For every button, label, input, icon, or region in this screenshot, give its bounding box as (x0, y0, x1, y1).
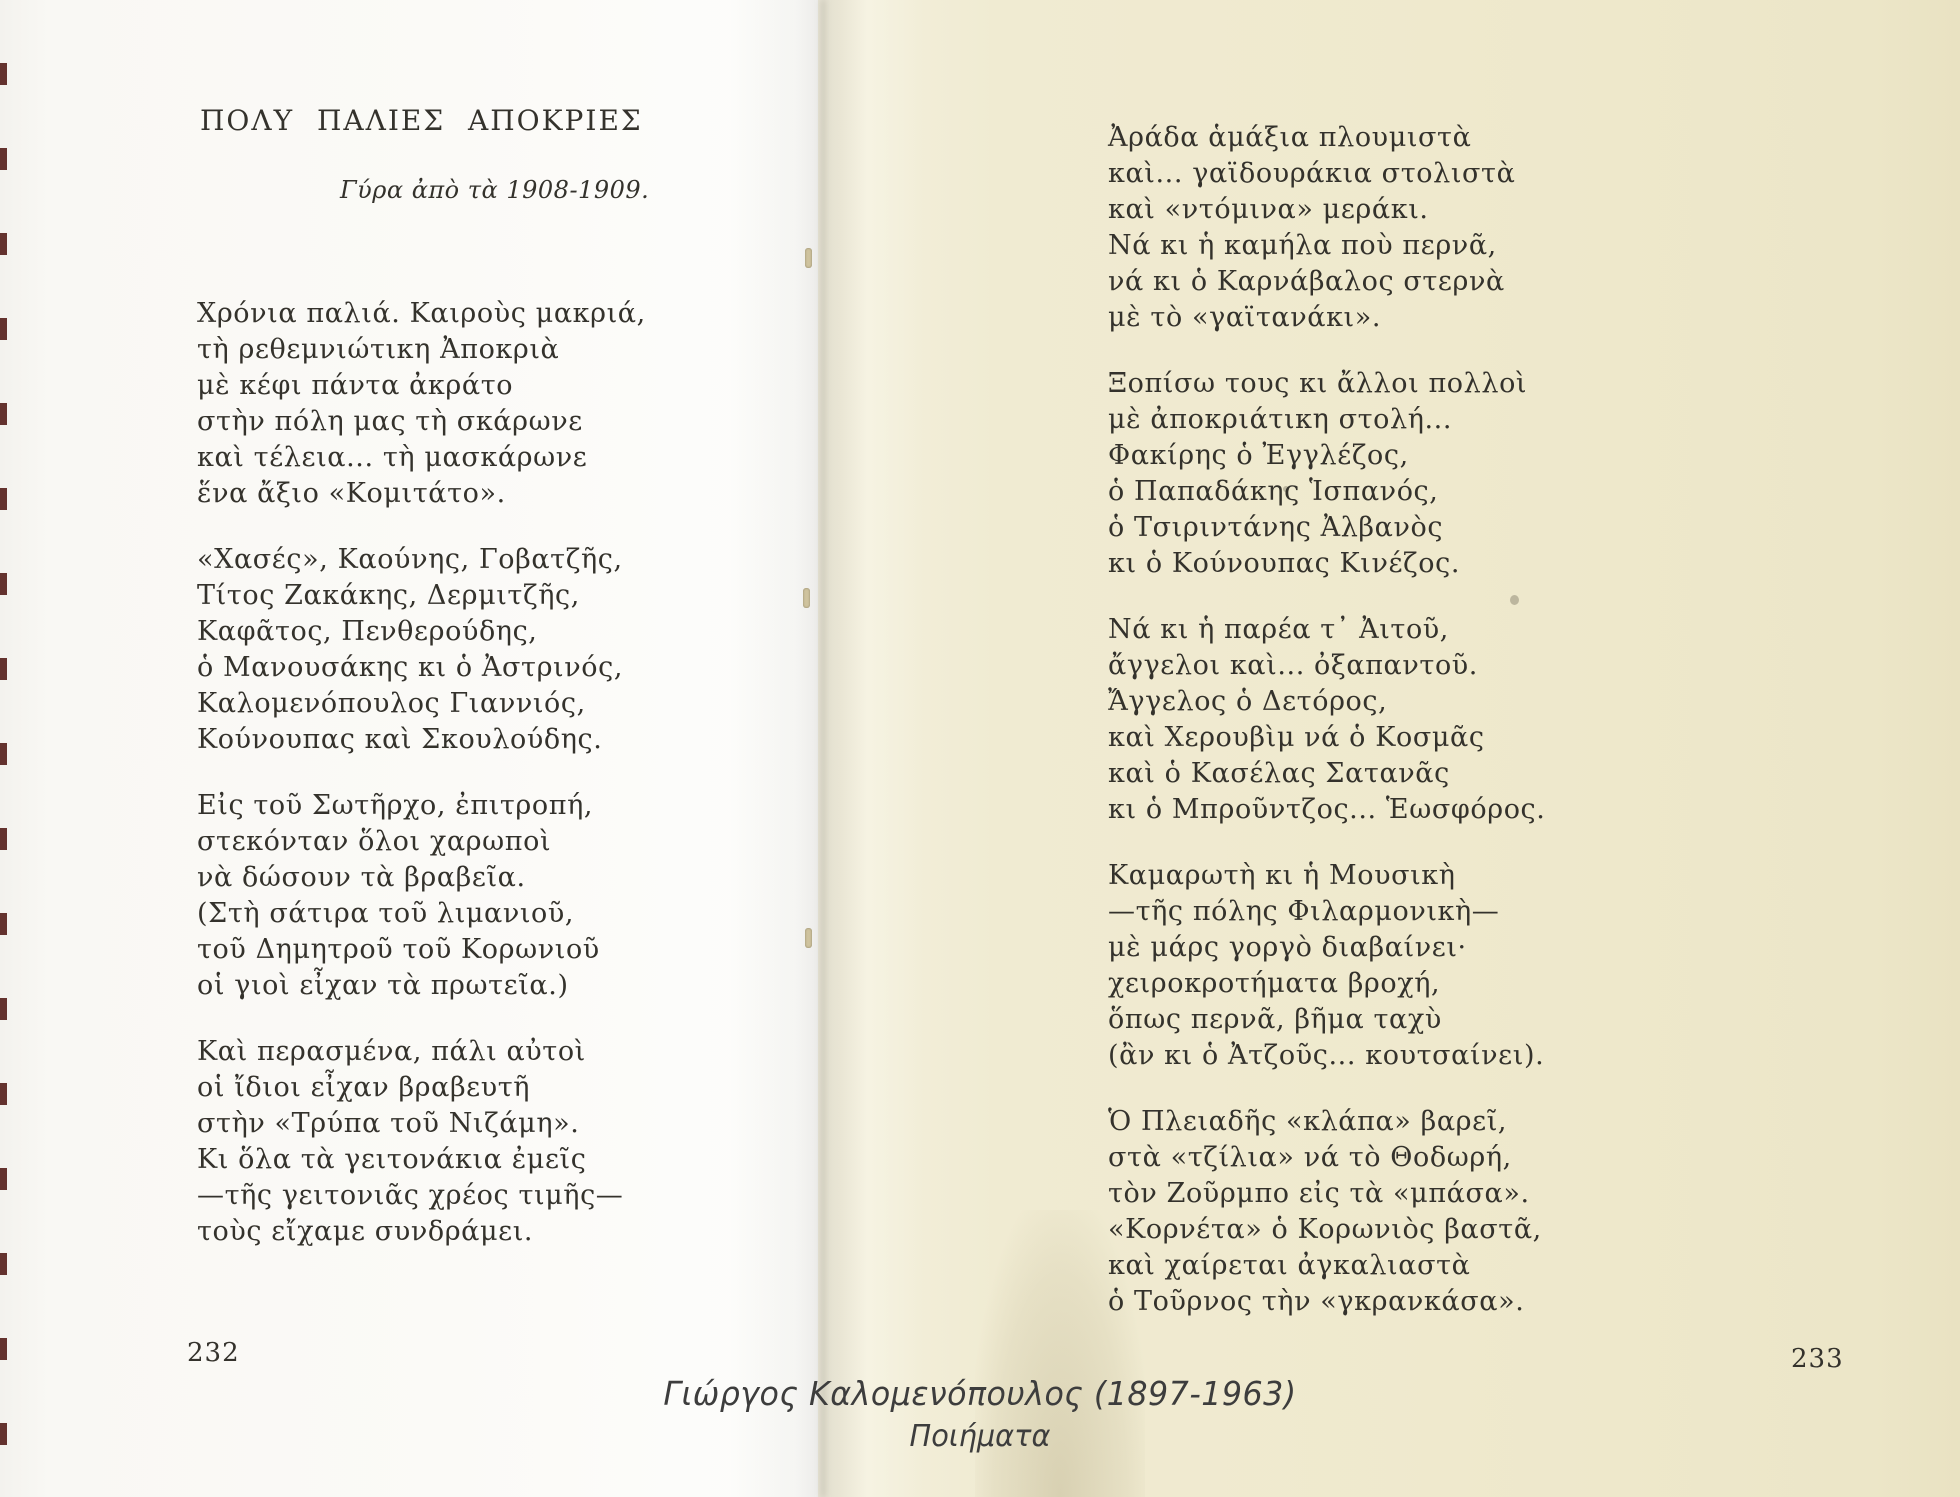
binding-stitch (805, 928, 812, 948)
poem-line: Κούνουπας καὶ Σκουλούδης. (197, 722, 646, 758)
poem-line: τὸν Ζοῦρμπο εἰς τὰ «μπάσα». (1108, 1176, 1545, 1212)
poem-line: κι ὁ Κούνουπας Κινέζος. (1108, 546, 1545, 582)
poem-line: καὶ «ντόμινα» μεράκι. (1108, 192, 1545, 228)
poem-line: ὁ Τοῦρνος τὴν «γκρανκάσα». (1108, 1284, 1545, 1320)
poem-line: καὶ τέλεια... τὴ μασκάρωνε (197, 440, 646, 476)
poem-line: Εἰς τοῦ Σωτῆρχο, ἐπιτροπή, (197, 788, 646, 824)
poem-line: ὁ Μανουσάκης κι ὁ Ἀστρινός, (197, 650, 646, 686)
poem-line: καὶ ὁ Κασέλας Σατανᾶς (1108, 756, 1545, 792)
poem-line: στὴν «Τρύπα τοῦ Νιζάμη». (197, 1106, 646, 1142)
poem-stanza: «Χασές», Καούνης, Γοβατζῆς,Τίτος Ζακάκης… (197, 542, 646, 758)
poem-line: χειροκροτήματα βροχή, (1108, 966, 1545, 1002)
poem-line: τοὺς εἴχαμε συνδράμει. (197, 1214, 646, 1250)
binding-stitch (805, 248, 812, 268)
poem-line: οἱ γιοὶ εἶχαν τὰ πρωτεῖα.) (197, 968, 646, 1004)
poem-line: Κι ὅλα τὰ γειτονάκια ἐμεῖς (197, 1142, 646, 1178)
poem-line: Νά κι ἡ καμήλα ποὺ περνᾶ, (1108, 228, 1545, 264)
poem-line: —τῆς πόλης Φιλαρμονικὴ— (1108, 894, 1545, 930)
poem-line: Καλομενόπουλος Γιαννιός, (197, 686, 646, 722)
poem-line: «Χασές», Καούνης, Γοβατζῆς, (197, 542, 646, 578)
poem-line: καὶ... γαϊδουράκια στολιστὰ (1108, 156, 1545, 192)
poem-line: μὲ τὸ «γαϊτανάκι». (1108, 300, 1545, 336)
poem-line: κι ὁ Μπροῦντζος... Ἑωσφόρος. (1108, 792, 1545, 828)
page-number-right: 233 (1791, 1344, 1844, 1374)
binding-stitch (803, 588, 810, 608)
poem-line: μὲ κέφι πάντα ἀκράτο (197, 368, 646, 404)
poem-line: καὶ χαίρεται ἀγκαλιαστὰ (1108, 1248, 1545, 1284)
poem-line: —τῆς γειτονιᾶς χρέος τιμῆς— (197, 1178, 646, 1214)
poem-line: Καμαρωτὴ κι ἡ Μουσικὴ (1108, 858, 1545, 894)
poem-line: τὴ ρεθεμνιώτικη Ἀποκριὰ (197, 332, 646, 368)
poem-line: Φακίρης ὁ Ἐγγλέζος, (1108, 438, 1545, 474)
poem-line: (Στὴ σάτιρα τοῦ λιμανιοῦ, (197, 896, 646, 932)
poem-line: Τίτος Ζακάκης, Δερμιτζῆς, (197, 578, 646, 614)
poem-line: ὁ Τσιριντάνης Ἀλβανὸς (1108, 510, 1545, 546)
poem-line: νά κι ὁ Καρνάβαλος στερνὰ (1108, 264, 1545, 300)
caption: Γιώργος Καλομενόπουλος (1897-1963) Ποιήμ… (0, 1374, 1960, 1454)
poem-stanza: Ὁ Πλειαδῆς «κλάπα» βαρεῖ,στὰ «τζίλια» νά… (1108, 1104, 1545, 1320)
poem-line: ὅπως περνᾶ, βῆμα ταχὺ (1108, 1002, 1545, 1038)
poem-line: Χρόνια παλιά. Καιροὺς μακριά, (197, 296, 646, 332)
poem-line: (ἂν κι ὁ Ἀτζοῦς... κουτσαίνει). (1108, 1038, 1545, 1074)
poem-line: Ὁ Πλειαδῆς «κλάπα» βαρεῖ, (1108, 1104, 1545, 1140)
poem-stanza: Καὶ περασμένα, πάλι αὐτοὶοἱ ἴδιοι εἶχαν … (197, 1034, 646, 1250)
poem-line: στὰ «τζίλια» νά τὸ Θοδωρή, (1108, 1140, 1545, 1176)
poem-line: Καὶ περασμένα, πάλι αὐτοὶ (197, 1034, 646, 1070)
poem-stanza: Ξοπίσω τους κι ἄλλοι πολλοὶμὲ ἀποκριάτικ… (1108, 366, 1545, 582)
poem-line: ἕνα ἄξιο «Κομιτάτο». (197, 476, 646, 512)
poem-subtitle: Γύρα ἀπὸ τὰ 1908-1909. (340, 176, 649, 204)
scan-edge-artifacts (0, 0, 7, 1497)
poem-line: οἱ ἴδιοι εἶχαν βραβευτῆ (197, 1070, 646, 1106)
poem-stanza: Εἰς τοῦ Σωτῆρχο, ἐπιτροπή,στεκόνταν ὅλοι… (197, 788, 646, 1004)
poem-title: ΠΟΛΥ ΠΑΛΙΕΣ ΑΠΟΚΡΙΕΣ (200, 104, 643, 137)
poem-line: «Κορνέτα» ὁ Κορωνιὸς βαστᾶ, (1108, 1212, 1545, 1248)
poem-line: ὁ Παπαδάκης Ἱσπανός, (1108, 474, 1545, 510)
poem-stanza: Χρόνια παλιά. Καιροὺς μακριά,τὴ ρεθεμνιώ… (197, 296, 646, 512)
poem-line: μὲ ἀποκριάτικη στολή... (1108, 402, 1545, 438)
poem-line: μὲ μάρς γοργὸ διαβαίνει· (1108, 930, 1545, 966)
page-number-left: 232 (187, 1338, 240, 1368)
poem-line: Νά κι ἡ παρέα τ᾿ Ἀιτοῦ, (1108, 612, 1545, 648)
poem-stanza: Ἀράδα ἁμάξια πλουμιστὰκαὶ... γαϊδουράκια… (1108, 120, 1545, 336)
poem-line: Ξοπίσω τους κι ἄλλοι πολλοὶ (1108, 366, 1545, 402)
poem-line: Ἀράδα ἁμάξια πλουμιστὰ (1108, 120, 1545, 156)
poem-line: στεκόνταν ὅλοι χαρωποὶ (197, 824, 646, 860)
poem-line: στὴν πόλη μας τὴ σκάρωνε (197, 404, 646, 440)
poem-line: τοῦ Δημητροῦ τοῦ Κορωνιοῦ (197, 932, 646, 968)
left-poem-column: Χρόνια παλιά. Καιροὺς μακριά,τὴ ρεθεμνιώ… (197, 296, 646, 1280)
poem-line: νὰ δώσουν τὰ βραβεῖα. (197, 860, 646, 896)
poem-line: Ἄγγελος ὁ Δετόρος, (1108, 684, 1545, 720)
caption-work-title: Ποιήματα (39, 1419, 1921, 1454)
poem-line: καὶ Χερουβὶμ νά ὁ Κοσμᾶς (1108, 720, 1545, 756)
poem-stanza: Καμαρωτὴ κι ἡ Μουσικὴ—τῆς πόλης Φιλαρμον… (1108, 858, 1545, 1074)
poem-stanza: Νά κι ἡ παρέα τ᾿ Ἀιτοῦ,ἄγγελοι καὶ... ὀξ… (1108, 612, 1545, 828)
right-poem-column: Ἀράδα ἁμάξια πλουμιστὰκαὶ... γαϊδουράκια… (1108, 120, 1545, 1350)
poem-line: ἄγγελοι καὶ... ὀξαπαντοῦ. (1108, 648, 1545, 684)
book-scan: ΠΟΛΥ ΠΑΛΙΕΣ ΑΠΟΚΡΙΕΣ Γύρα ἀπὸ τὰ 1908-19… (0, 0, 1960, 1497)
poem-line: Καφᾶτος, Πενθερούδης, (197, 614, 646, 650)
caption-author: Γιώργος Καλομενόπουλος (1897-1963) (39, 1374, 1921, 1413)
